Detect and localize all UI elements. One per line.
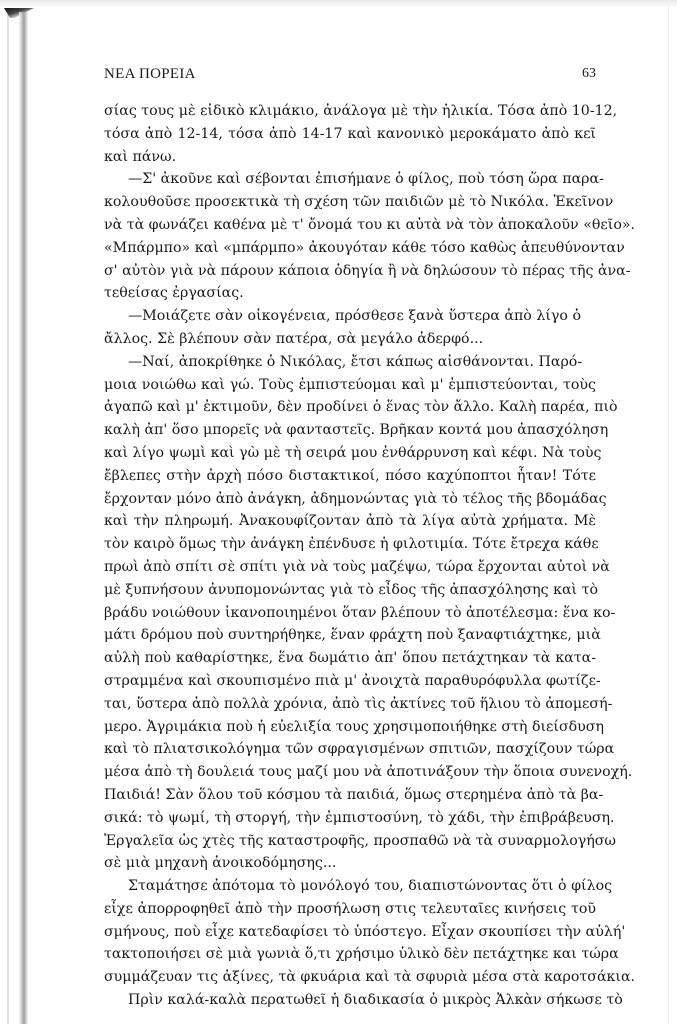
text-line-content: εἶχε ἀπορροφηθεῖ ἀπὸ τὴν προσήλωση στις … (104, 898, 596, 921)
text-line-content: καλὴ ἀπ' ὅσο μπορεῖς νὰ φανταστεῖς. Βρῆκ… (104, 419, 596, 442)
text-line-content: μάτι δρόμου ποὺ συντηρήθηκε, ἕναν φράχτη… (104, 624, 596, 647)
text-line: καὶ τὴν πληρωμή. Ἀνακουφίζονταν ἀπὸ τὰ λ… (104, 510, 596, 533)
text-line-content: σμήνους, ποὺ εἶχε κατεδαφίσει τὸ ὑπόστεγ… (104, 921, 596, 944)
text-line: νὰ τὰ φωνάζει καθένα μὲ τ' ὄνομά του κι … (104, 214, 596, 237)
text-line: ἀγαπῶ καὶ μ' ἐκτιμοῦν, δὲν προδίνει ὁ ἕν… (104, 396, 596, 419)
text-line: μοια νοιώθω καὶ γώ. Τοὺς ἐμπιστεύομαι κα… (104, 374, 596, 397)
text-line-content: καὶ τὸ πλιατσικολόγημα τῶν σφραγισμένων … (104, 738, 596, 761)
text-line-content: σὲ μιὰ μηχανὴ ἀνοικοδόμησης... (104, 852, 596, 875)
text-line: συμμάζευαν τις ἀξίνες, τὰ φκυάρια καὶ τὰ… (104, 966, 596, 989)
running-head: ΝΕΑ ΠΟΡΕΙΑ (104, 66, 196, 83)
text-line: εἶχε ἀπορροφηθεῖ ἀπὸ τὴν προσήλωση στις … (104, 898, 596, 921)
text-line-content: μερο. Ἀγριμάκια ποὺ ἡ εὐελιξία τους χρησ… (104, 716, 596, 739)
text-line: ἔβλεπες στὴν ἀρχὴ πόσο διστακτικοί, πόσο… (104, 465, 596, 488)
text-line-content: μέσα ἀπὸ τὴ δουλειά τους μαζί μου νὰ ἀπο… (104, 761, 596, 784)
text-line-content: —Μοιάζετε σὰν οἰκογένεια, πρόσθεσε ξανὰ … (128, 305, 572, 328)
text-line-content: ἔβλεπες στὴν ἀρχὴ πόσο διστακτικοί, πόσο… (104, 465, 596, 488)
text-line-content: τακτοποιήσει σὲ μιὰ γωνιὰ ὅ,τι χρήσιμο ὑ… (104, 943, 596, 966)
text-line-content: —Ναί, ἀποκρίθηκε ὁ Νικόλας, ἔτσι κάπως α… (128, 351, 572, 374)
text-line: τακτοποιήσει σὲ μιὰ γωνιὰ ὅ,τι χρήσιμο ὑ… (104, 943, 596, 966)
text-line: μερο. Ἀγριμάκια ποὺ ἡ εὐελιξία τους χρησ… (104, 716, 596, 739)
text-line: ἔρχονταν μόνο ἀπὸ ἀνάγκη, ἀδημονώντας γι… (104, 488, 596, 511)
text-line-content: τὸν καιρὸ ὅμως τὴν ἀνάγκη ἐπένδυσε ἡ φιλ… (104, 533, 596, 556)
text-line: στραμμένα καὶ σκουπισμένο πιὰ μ' ἀνοιχτὰ… (104, 670, 596, 693)
text-line-content: τεθείσας ἐργασίας. (104, 282, 596, 305)
text-line: σικά: τὸ ψωμί, τὴ στοργή, τὴν ἐμπιστοσύν… (104, 807, 596, 830)
text-line-content: ἄλλος. Σὲ βλέπουν σὰν πατέρα, σὰ μεγάλο … (104, 328, 596, 351)
text-line-content: ἀγαπῶ καὶ μ' ἐκτιμοῦν, δὲν προδίνει ὁ ἕν… (104, 396, 596, 419)
text-line-content: —Σ' ἀκοῦνε καὶ σέβονται ἐπισήμανε ὁ φίλο… (128, 168, 572, 191)
text-line: ἄλλος. Σὲ βλέπουν σὰν πατέρα, σὰ μεγάλο … (104, 328, 596, 351)
text-line: τὸν καιρὸ ὅμως τὴν ἀνάγκη ἐπένδυσε ἡ φιλ… (104, 533, 596, 556)
text-line: μέσα ἀπὸ τὴ δουλειά τους μαζί μου νὰ ἀπο… (104, 761, 596, 784)
text-line: καὶ λίγο ψωμὶ καὶ γὼ μὲ τὴ σειρά μου ἐνθ… (104, 442, 596, 465)
text-line: Σταμάτησε ἀπότομα τὸ μονόλογό του, διαπι… (104, 875, 596, 898)
page-outer-edge (7, 12, 9, 1024)
text-line: τεθείσας ἐργασίας. (104, 282, 596, 305)
text-line: Παιδιά! Σὰν ὅλου τοῦ κόσμου τὰ παιδιά, ὅ… (104, 784, 596, 807)
text-line-content: καὶ πάνω. (104, 146, 596, 169)
page-number: 63 (582, 66, 596, 82)
text-line: καλὴ ἀπ' ὅσο μπορεῖς νὰ φανταστεῖς. Βρῆκ… (104, 419, 596, 442)
text-line: σμήνους, ποὺ εἶχε κατεδαφίσει τὸ ὑπόστεγ… (104, 921, 596, 944)
text-line: Ἐργαλεῖα ὡς χτὲς τῆς καταστροφῆς, προσπα… (104, 830, 596, 853)
text-line-content: τόσα ἀπὸ 12-14, τόσα ἀπὸ 14-17 καὶ κανον… (104, 123, 596, 146)
text-line: τόσα ἀπὸ 12-14, τόσα ἀπὸ 14-17 καὶ κανον… (104, 123, 596, 146)
text-line: καὶ τὸ πλιατσικολόγημα τῶν σφραγισμένων … (104, 738, 596, 761)
text-line: μὲ ξυπνήσουν ἀνυπομονώντας γιὰ τὸ εἶδος … (104, 579, 596, 602)
text-line-content: βράδυ νοιώθουν ἱκανοποιημένοι ὅταν βλέπο… (104, 602, 596, 625)
body-text: σίας τους μὲ εἰδικὸ κλιμάκιο, ἀνάλογα μὲ… (104, 100, 596, 1012)
page-right-edge (668, 0, 669, 1024)
text-line-content: Πρὶν καλά-καλὰ περατωθεῖ ἡ διαδικασία ὁ … (128, 989, 572, 1012)
text-line-content: καὶ τὴν πληρωμή. Ἀνακουφίζονταν ἀπὸ τὰ λ… (104, 510, 596, 533)
text-line-content: ἔρχονταν μόνο ἀπὸ ἀνάγκη, ἀδημονώντας γι… (104, 488, 596, 511)
text-line: αὐλὴ ποὺ καθαρίστηκε, ἕνα δωμάτιο ἀπ' ὅπ… (104, 647, 596, 670)
text-line-content: κολουθοῦσε προσεκτικὰ τὴ σχέση τῶν παιδι… (104, 191, 596, 214)
text-line: Πρὶν καλά-καλὰ περατωθεῖ ἡ διαδικασία ὁ … (104, 989, 596, 1012)
text-line-content: Σταμάτησε ἀπότομα τὸ μονόλογό του, διαπι… (128, 875, 572, 898)
text-line-content: μὲ ξυπνήσουν ἀνυπομονώντας γιὰ τὸ εἶδος … (104, 579, 596, 602)
text-line-content: σ' αὐτὸν γιὰ νὰ πάρουν κάποια ὁδηγία ἢ ν… (104, 260, 596, 283)
text-line-content: σίας τους μὲ εἰδικὸ κλιμάκιο, ἀνάλογα μὲ… (104, 100, 596, 123)
text-line-content: Παιδιά! Σὰν ὅλου τοῦ κόσμου τὰ παιδιά, ὅ… (104, 784, 596, 807)
text-line-content: μοια νοιώθω καὶ γώ. Τοὺς ἐμπιστεύομαι κα… (104, 374, 596, 397)
scan-top-edge (0, 0, 677, 8)
text-line: βράδυ νοιώθουν ἱκανοποιημένοι ὅταν βλέπο… (104, 602, 596, 625)
book-spine-shadow (19, 12, 28, 1024)
text-line-content: στραμμένα καὶ σκουπισμένο πιὰ μ' ἀνοιχτὰ… (104, 670, 596, 693)
text-line-content: «Μπάρμπο» καὶ «μπάρμπο» ἀκουγόταν κάθε τ… (104, 237, 596, 260)
text-line-content: συμμάζευαν τις ἀξίνες, τὰ φκυάρια καὶ τὰ… (104, 966, 596, 989)
text-line: —Σ' ἀκοῦνε καὶ σέβονται ἐπισήμανε ὁ φίλο… (104, 168, 596, 191)
text-line: μάτι δρόμου ποὺ συντηρήθηκε, ἕναν φράχτη… (104, 624, 596, 647)
text-line: σ' αὐτὸν γιὰ νὰ πάρουν κάποια ὁδηγία ἢ ν… (104, 260, 596, 283)
text-line: —Μοιάζετε σὰν οἰκογένεια, πρόσθεσε ξανὰ … (104, 305, 596, 328)
text-line-content: πρωὶ ἀπὸ σπίτι σὲ σπίτι γιὰ νὰ τοὺς μαζέ… (104, 556, 596, 579)
text-line: «Μπάρμπο» καὶ «μπάρμπο» ἀκουγόταν κάθε τ… (104, 237, 596, 260)
text-line: καὶ πάνω. (104, 146, 596, 169)
text-line: πρωὶ ἀπὸ σπίτι σὲ σπίτι γιὰ νὰ τοὺς μαζέ… (104, 556, 596, 579)
text-line-content: σικά: τὸ ψωμί, τὴ στοργή, τὴν ἐμπιστοσύν… (104, 807, 596, 830)
text-line: —Ναί, ἀποκρίθηκε ὁ Νικόλας, ἔτσι κάπως α… (104, 351, 596, 374)
page-header: ΝΕΑ ΠΟΡΕΙΑ 63 (104, 66, 596, 86)
text-line-content: καὶ λίγο ψωμὶ καὶ γὼ μὲ τὴ σειρά μου ἐνθ… (104, 442, 596, 465)
text-line-content: νὰ τὰ φωνάζει καθένα μὲ τ' ὄνομά του κι … (104, 214, 596, 237)
text-line: σὲ μιὰ μηχανὴ ἀνοικοδόμησης... (104, 852, 596, 875)
text-line: κολουθοῦσε προσεκτικὰ τὴ σχέση τῶν παιδι… (104, 191, 596, 214)
text-line-content: αὐλὴ ποὺ καθαρίστηκε, ἕνα δωμάτιο ἀπ' ὅπ… (104, 647, 596, 670)
text-line: σίας τους μὲ εἰδικὸ κλιμάκιο, ἀνάλογα μὲ… (104, 100, 596, 123)
text-line-content: ται, ὕστερα ἀπὸ πολλὰ χρόνια, ἀπὸ τὶς ἀκ… (104, 693, 596, 716)
text-line: ται, ὕστερα ἀπὸ πολλὰ χρόνια, ἀπὸ τὶς ἀκ… (104, 693, 596, 716)
text-line-content: Ἐργαλεῖα ὡς χτὲς τῆς καταστροφῆς, προσπα… (104, 830, 596, 853)
